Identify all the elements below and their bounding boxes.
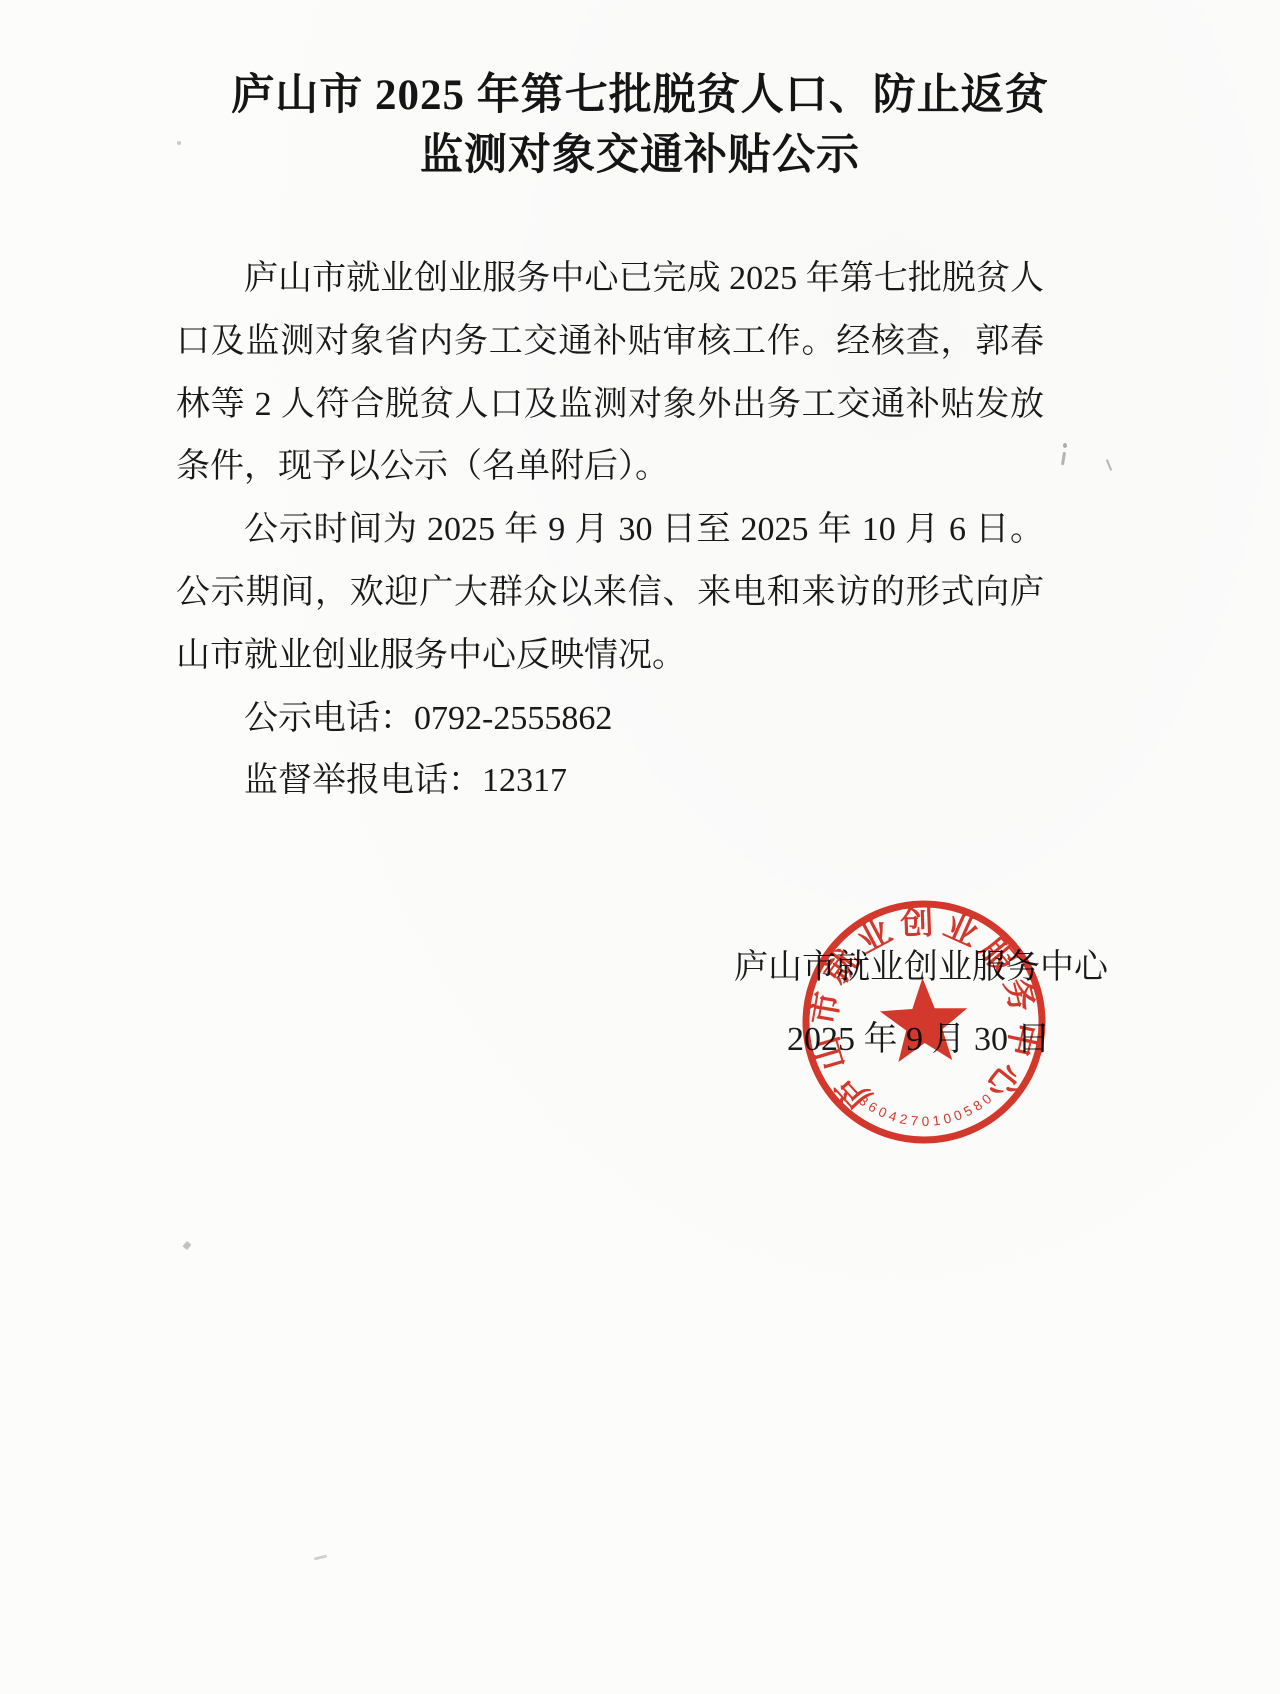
document-body: 庐山市就业创业服务中心已完成 2025 年第七批脱贫人口及监测对象省内务工交通补… <box>176 248 1044 813</box>
scan-artifact <box>177 141 181 145</box>
official-seal-graphic: 庐山市就业创业服务中心 3604270100580 <box>794 892 1055 1153</box>
scan-artifact <box>1063 443 1067 448</box>
title-line-1: 庐山市 2025 年第七批脱贫人口、防止返贫 <box>90 66 1190 126</box>
scan-artifact <box>1106 459 1112 471</box>
scanned-document-page: 庐山市 2025 年第七批脱贫人口、防止返贫 监测对象交通补贴公示 庐山市就业创… <box>0 0 1280 1694</box>
scan-artifact <box>182 1241 191 1250</box>
scan-artifact <box>314 1554 327 1560</box>
body-paragraph-1: 庐山市就业创业服务中心已完成 2025 年第七批脱贫人口及监测对象省内务工交通补… <box>176 248 1044 499</box>
seal-star-icon <box>879 977 969 1063</box>
official-seal: 庐山市就业创业服务中心 3604270100580 <box>794 892 1055 1153</box>
body-paragraph-2: 公示时间为 2025 年 9 月 30 日至 2025 年 10 月 6 日。公… <box>176 499 1044 687</box>
phone-line: 公示电话：0792-2555862 <box>176 688 1044 751</box>
title-line-2: 监测对象交通补贴公示 <box>90 126 1190 186</box>
scan-artifact <box>1061 452 1066 465</box>
document-title: 庐山市 2025 年第七批脱贫人口、防止返贫 监测对象交通补贴公示 <box>90 66 1190 186</box>
report-phone-line: 监督举报电话：12317 <box>176 750 1044 813</box>
